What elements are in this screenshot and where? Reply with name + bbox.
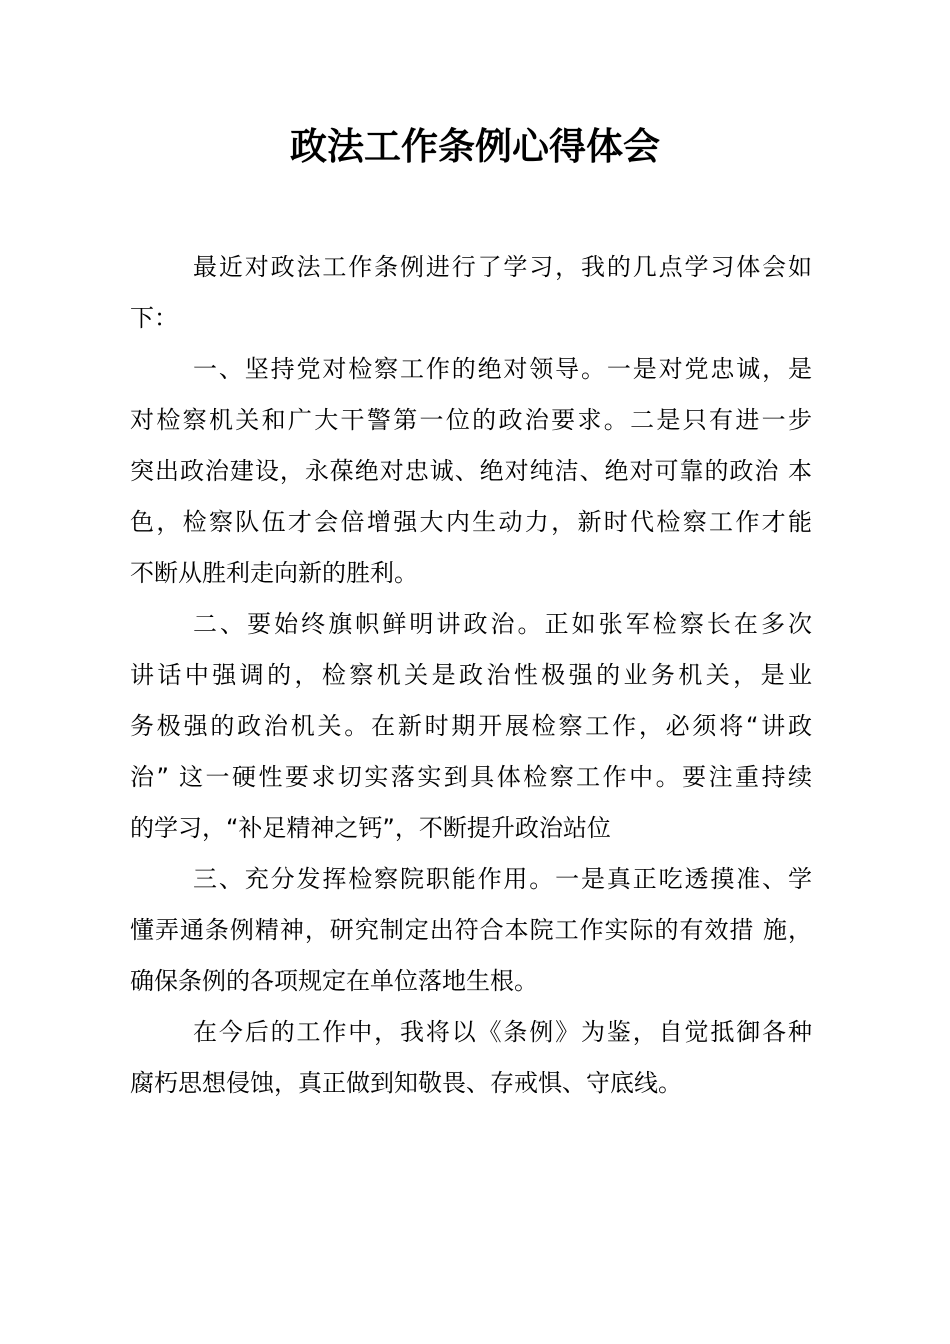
text-line: 腐朽思想侵蚀，真正做到知敬畏、存戒惧、守底线。 [130, 1058, 812, 1109]
text-line: 突出政治建设，永葆绝对忠诚、绝对纯洁、绝对可靠的政治 本 [130, 446, 812, 497]
text-line: 在今后的工作中，我将以《条例》为鉴，自觉抵御各种 [130, 1007, 812, 1058]
paragraph-point-2: 二、要始终旗帜鲜明讲政治。正如张军检察长在多次 讲话中强调的，检察机关是政治性极… [130, 599, 812, 854]
paragraph-point-1: 一、坚持党对检察工作的绝对领导。一是对党忠诚，是 对检察机关和广大干警第一位的政… [130, 344, 812, 599]
text-line: 确保条例的各项规定在单位落地生根。 [130, 956, 812, 1007]
text-line: 治” 这一硬性要求切实落实到具体检察工作中。要注重持续 [130, 752, 812, 803]
text-line: 一、坚持党对检察工作的绝对领导。一是对党忠诚，是 [130, 344, 812, 395]
paragraph-closing: 在今后的工作中，我将以《条例》为鉴，自觉抵御各种 腐朽思想侵蚀，真正做到知敬畏、… [130, 1007, 812, 1109]
text-line: 的学习，“补足精神之钙”，不断提升政治站位 [130, 803, 812, 854]
text-line: 色，检察队伍才会倍增强大内生动力，新时代检察工作才能 [130, 497, 812, 548]
paragraph-intro: 最近对政法工作条例进行了学习，我的几点学习体会如 下： [130, 242, 812, 344]
document-page: 政法工作条例心得体会 最近对政法工作条例进行了学习，我的几点学习体会如 下： 一… [0, 0, 950, 1344]
text-line: 懂弄通条例精神，研究制定出符合本院工作实际的有效措 施， [130, 905, 812, 956]
text-line: 二、要始终旗帜鲜明讲政治。正如张军检察长在多次 [130, 599, 812, 650]
paragraph-point-3: 三、充分发挥检察院职能作用。一是真正吃透摸准、学 懂弄通条例精神，研究制定出符合… [130, 854, 812, 1007]
text-line: 下： [130, 293, 812, 344]
text-line: 不断从胜利走向新的胜利。 [130, 548, 812, 599]
document-title: 政法工作条例心得体会 [0, 124, 950, 168]
document-body: 最近对政法工作条例进行了学习，我的几点学习体会如 下： 一、坚持党对检察工作的绝… [130, 242, 812, 1109]
text-line: 对检察机关和广大干警第一位的政治要求。二是只有进一步 [130, 395, 812, 446]
text-line: 最近对政法工作条例进行了学习，我的几点学习体会如 [130, 242, 812, 293]
text-line: 讲话中强调的，检察机关是政治性极强的业务机关，是业 [130, 650, 812, 701]
text-line: 务极强的政治机关。在新时期开展检察工作，必须将“讲政 [130, 701, 812, 752]
text-line: 三、充分发挥检察院职能作用。一是真正吃透摸准、学 [130, 854, 812, 905]
